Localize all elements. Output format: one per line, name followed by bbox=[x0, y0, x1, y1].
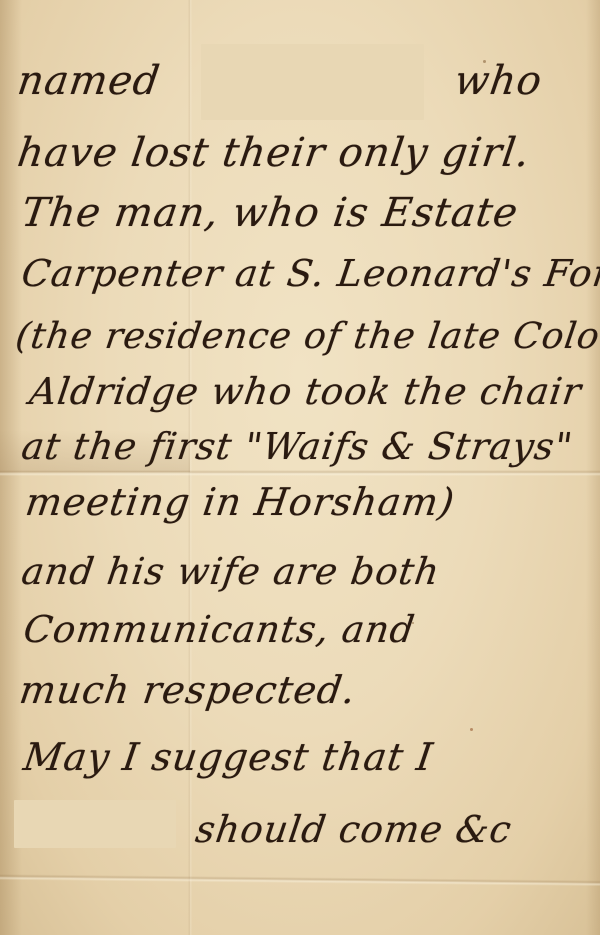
handwritten-line-7: at the first "Waifs & Strays" bbox=[19, 425, 576, 468]
handwritten-line-6: Aldridge who took the chair bbox=[27, 370, 584, 413]
handwritten-line-4: Carpenter at S. Leonard's Forest, bbox=[19, 252, 600, 295]
handwritten-text-body: named who have lost their only girl. The… bbox=[0, 0, 600, 935]
handwritten-line-1-start: named bbox=[15, 58, 163, 104]
letter-page: named who have lost their only girl. The… bbox=[0, 0, 600, 935]
handwritten-line-10: Communicants, and bbox=[21, 608, 418, 651]
handwritten-line-11: much respected. bbox=[17, 668, 359, 712]
handwritten-line-8: meeting in Horsham) bbox=[23, 480, 458, 524]
handwritten-line-3: The man, who is Estate bbox=[19, 190, 521, 236]
handwritten-line-13: should come &c bbox=[193, 808, 515, 851]
handwritten-line-12: May I suggest that I bbox=[21, 735, 436, 779]
handwritten-line-1-end: who bbox=[452, 58, 546, 104]
handwritten-line-9: and his wife are both bbox=[19, 550, 443, 593]
handwritten-line-2: have lost their only girl. bbox=[15, 130, 533, 176]
handwritten-line-5: (the residence of the late Colonel bbox=[13, 316, 600, 357]
